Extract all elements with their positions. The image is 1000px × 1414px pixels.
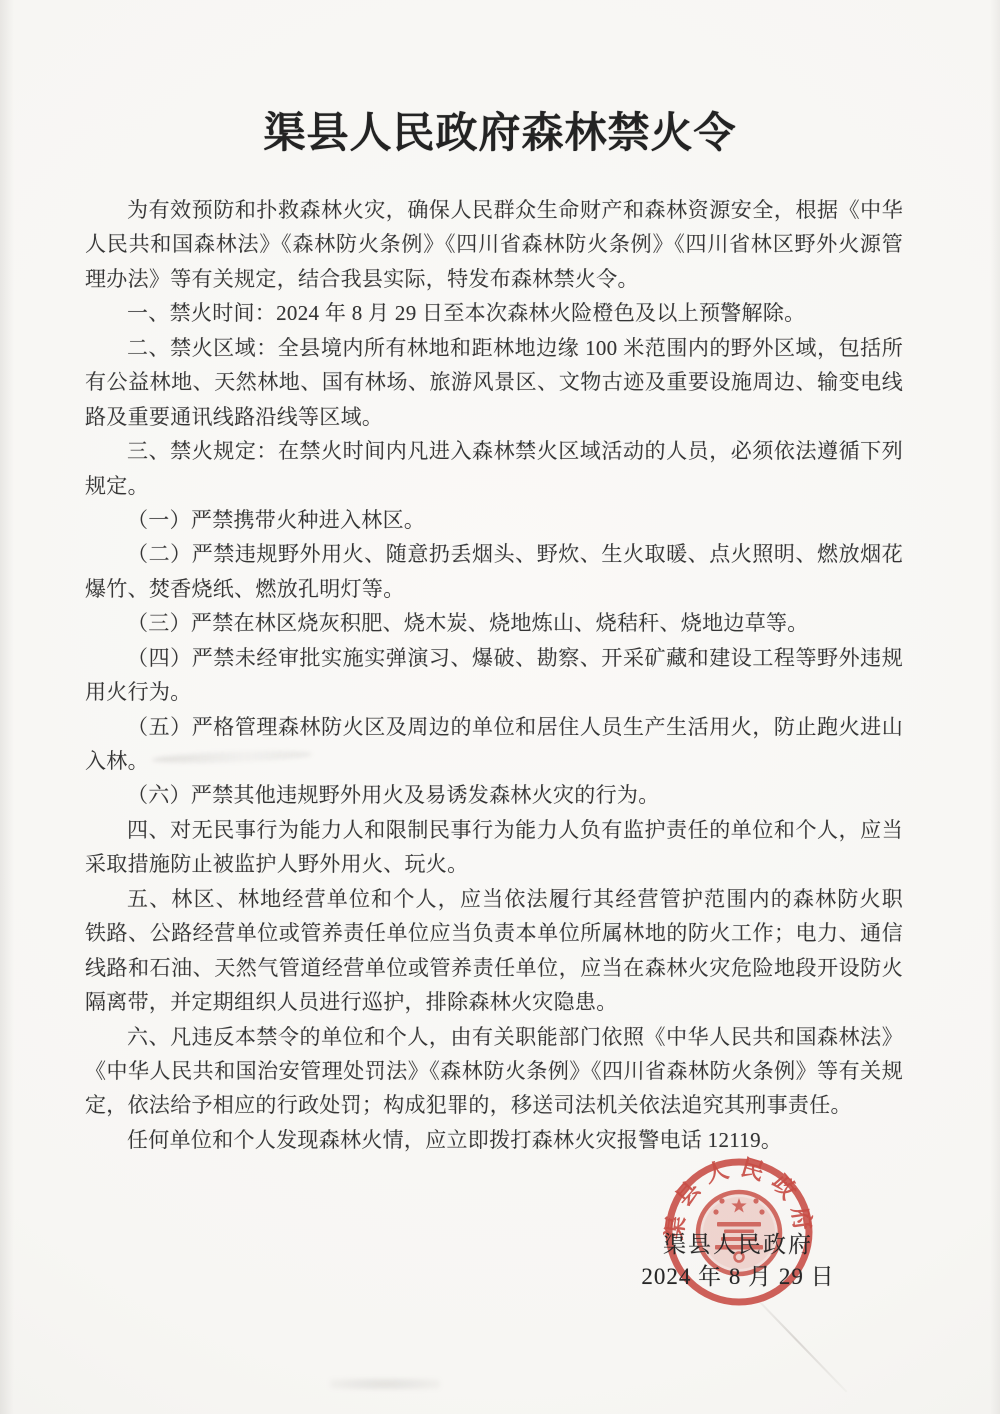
document-line: （二）严禁违规野外用火、随意扔丢烟头、野炊、生火取暖、点火照明、燃放烟花: [85, 537, 903, 571]
document-page: 渠县人民政府森林禁火令 为有效预防和扑救森林火灾，确保人民群众生命财产和森林资源…: [0, 0, 1000, 1414]
document-line: 《中华人民共和国治安管理处罚法》《森林防火条例》《四川省森林防火条例》等有关规: [85, 1054, 903, 1088]
document-line: 线路和石油、天然气管道经营单位或管养责任单位，应当在森林火灾危险地段开设防火: [85, 951, 903, 985]
signature-block: 渠县人民政府 2024 年 8 月 29 日: [578, 1228, 898, 1292]
paper-crease: [754, 1296, 847, 1392]
document-line: 任何单位和个人发现森林火情，应立即拨打森林火灾报警电话 12119。: [85, 1123, 903, 1157]
document-line: 定，依法给予相应的行政处罚；构成犯罪的，移送司法机关依法追究其刑事责任。: [85, 1088, 903, 1122]
document-line: （三）严禁在林区烧灰积肥、烧木炭、烧地炼山、烧秸秆、烧地边草等。: [85, 606, 903, 640]
document-line: 采取措施防止被监护人野外用火、玩火。: [85, 847, 903, 881]
document-title: 渠县人民政府森林禁火令: [0, 100, 1000, 160]
signature-date: 2024 年 8 月 29 日: [578, 1262, 898, 1292]
document-line: 铁路、公路经营单位或管养责任单位应当负责本单位所属林地的防火工作；电力、通信: [85, 916, 903, 950]
document-line: 入林。: [85, 744, 903, 778]
document-line: 有公益林地、天然林地、国有林场、旅游风景区、文物古迹及重要设施周边、输变电线: [85, 365, 903, 399]
document-line: 二、禁火区域：全县境内所有林地和距林地边缘 100 米范围内的野外区域，包括所: [85, 331, 903, 365]
document-line: 为有效预防和扑救森林火灾，确保人民群众生命财产和森林资源安全，根据《中华: [85, 193, 903, 227]
scan-smudge: [330, 1378, 440, 1390]
document-body: 为有效预防和扑救森林火灾，确保人民群众生命财产和森林资源安全，根据《中华人民共和…: [85, 193, 903, 1157]
document-line: 规定。: [85, 469, 903, 503]
document-line: （一）严禁携带火种进入林区。: [85, 503, 903, 537]
document-line: 理办法》等有关规定，结合我县实际，特发布森林禁火令。: [85, 262, 903, 296]
document-line: 四、对无民事行为能力人和限制民事行为能力人负有监护责任的单位和个人，应当: [85, 813, 903, 847]
document-line: 六、凡违反本禁令的单位和个人，由有关职能部门依照《中华人民共和国森林法》: [85, 1020, 903, 1054]
signature-issuer: 渠县人民政府: [578, 1228, 898, 1262]
document-line: 路及重要通讯线路沿线等区域。: [85, 400, 903, 434]
document-line: （五）严格管理森林防火区及周边的单位和居住人员生产生活用火，防止跑火进山: [85, 710, 903, 744]
document-line: 三、禁火规定：在禁火时间内凡进入森林禁火区域活动的人员，必须依法遵循下列: [85, 434, 903, 468]
document-line: 爆竹、焚香烧纸、燃放孔明灯等。: [85, 572, 903, 606]
document-line: （六）严禁其他违规野外用火及易诱发森林火灾的行为。: [85, 778, 903, 812]
document-line: 隔离带，并定期组织人员进行巡护，排除森林火灾隐患。: [85, 985, 903, 1019]
document-line: 用火行为。: [85, 675, 903, 709]
document-line: 人民共和国森林法》《森林防火条例》《四川省森林防火条例》《四川省林区野外火源管: [85, 227, 903, 261]
document-line: 五、林区、林地经营单位和个人，应当依法履行其经营管护范围内的森林防火职责；: [85, 882, 903, 916]
document-line: 一、禁火时间：2024 年 8 月 29 日至本次森林火险橙色及以上预警解除。: [85, 296, 903, 330]
document-line: （四）严禁未经审批实施实弹演习、爆破、勘察、开采矿藏和建设工程等野外违规: [85, 641, 903, 675]
